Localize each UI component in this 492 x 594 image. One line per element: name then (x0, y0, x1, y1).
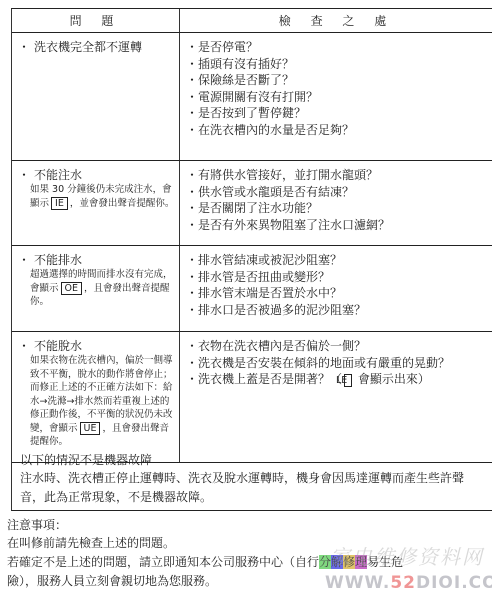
bullet-icon: ・ (186, 39, 198, 56)
notice-title: 注意事項： (7, 516, 492, 534)
bullet-icon: ・ (186, 56, 198, 73)
bullet-icon: ・ (186, 184, 198, 201)
list-item: ・保險絲是否斷了？ (186, 72, 492, 89)
problem-cell: ・不能脫水 如果衣物在洗衣槽內，偏於一側導致不平衡，脫水的動作將會停止；而修正上… (12, 332, 180, 462)
bullet-icon: ・ (186, 122, 198, 139)
header-check: 檢 查 之 處 (180, 9, 492, 32)
error-code-badge: OE (61, 282, 82, 295)
check-cell: ・衣物在洗衣槽內是否偏於一側？ ・洗衣機是否安裝在傾斜的地面或有嚴重的晃動？ ・… (180, 332, 492, 462)
table-row: ・洗衣機完全都不運轉 ・是否停電？ ・插頭有沒有插好？ ・保險絲是否斷了？ ・電… (12, 33, 492, 161)
error-code-badge: UE (80, 422, 101, 435)
list-item: ・在洗衣槽內的水量是否足夠？ (186, 122, 492, 139)
list-item: ・是否停電？ (186, 39, 492, 56)
bullet-icon: ・ (186, 217, 198, 234)
bullet-icon: ・ (186, 105, 198, 122)
error-code-badge: LE (344, 374, 352, 387)
check-cell: ・有將供水管接好，並打開水龍頭？ ・供水管或水龍頭是否有結凍？ ・是否關閉了注水… (180, 161, 492, 245)
check-list: ・排水管結凍或被泥沙阻塞？ ・排水管是否扭曲或變形？ ・排水管末端是否置於水中？… (186, 252, 492, 318)
bullet-icon: ・ (186, 252, 198, 269)
list-item: ・是否按到了暫停鍵？ (186, 105, 492, 122)
table-row: ・不能排水 超過選擇的時間而排水沒有完成，會顯示OE，且會發出聲音提醒你。 ・排… (12, 246, 492, 332)
list-item: ・排水管末端是否置於水中？ (186, 285, 492, 302)
troubleshooting-table: 問 題 檢 查 之 處 ・洗衣機完全都不運轉 ・是否停電？ ・插頭有沒有插好？ … (11, 8, 492, 463)
problem-cell: ・不能注水 如果 30 分鐘後仍未完成注水，會顯示IE，並會發出聲音提醒你。 (12, 161, 180, 245)
list-item: ・洗衣機是否安裝在傾斜的地面或有嚴重的晃動？ (186, 355, 492, 372)
note-body: 注水時、洗衣槽正停止運轉時、洗衣及脫水運轉時，機身會因馬達運轉而產生些許聲音，此… (20, 469, 472, 507)
check-cell: ・排水管結凍或被泥沙阻塞？ ・排水管是否扭曲或變形？ ・排水管末端是否置於水中？… (180, 246, 492, 331)
bullet-icon: ・ (18, 40, 30, 54)
note-title: 以下的情況不是機器故障 (20, 451, 492, 469)
error-code-badge: IE (51, 197, 68, 210)
list-item: ・洗衣機上蓋是否是開著？（LE 會顯示出來） (186, 371, 492, 388)
bullet-icon: ・ (186, 72, 198, 89)
bullet-icon: ・ (18, 168, 30, 182)
check-list: ・有將供水管接好，並打開水龍頭？ ・供水管或水龍頭是否有結凍？ ・是否關閉了注水… (186, 167, 492, 233)
problem-cell: ・洗衣機完全都不運轉 (12, 33, 180, 160)
list-item: ・排水管結凍或被泥沙阻塞？ (186, 252, 492, 269)
notice-line-1: 在叫修前請先檢查上述的問題。 (7, 534, 492, 553)
bullet-icon: ・ (18, 339, 30, 353)
not-a-fault-note: 以下的情況不是機器故障 注水時、洗衣槽正停止運轉時、洗衣及脫水運轉時，機身會因馬… (11, 447, 492, 511)
list-item: ・電源開關有沒有打開？ (186, 89, 492, 106)
problem-title: ・不能排水 (18, 252, 179, 268)
table-row: ・不能脫水 如果衣物在洗衣槽內，偏於一側導致不平衡，脫水的動作將會停止；而修正上… (12, 332, 492, 463)
watermark-highlighted-chars: 分解修理 (319, 555, 367, 569)
table-row: ・不能注水 如果 30 分鐘後仍未完成注水，會顯示IE，並會發出聲音提醒你。 ・… (12, 161, 492, 246)
problem-description: 如果衣物在洗衣槽內，偏於一側導致不平衡，脫水的動作將會停止；而修正上述的不正確方… (30, 354, 175, 449)
notice-section: 注意事項： 在叫修前請先檢查上述的問題。 若確定不是上述的問題，請立即通知本公司… (7, 516, 492, 591)
notice-line-3: 險），服務人員立刻會親切地為您服務。 (7, 572, 492, 591)
list-item: ・有將供水管接好，並打開水龍頭？ (186, 167, 492, 184)
troubleshooting-page: 問 題 檢 查 之 處 ・洗衣機完全都不運轉 ・是否停電？ ・插頭有沒有插好？ … (0, 0, 492, 594)
bullet-icon: ・ (18, 253, 30, 267)
check-list: ・衣物在洗衣槽內是否偏於一側？ ・洗衣機是否安裝在傾斜的地面或有嚴重的晃動？ ・… (186, 338, 492, 388)
bullet-icon: ・ (186, 200, 198, 217)
problem-title: ・不能注水 (18, 167, 179, 183)
bullet-icon: ・ (186, 167, 198, 184)
problem-title: ・不能脫水 (18, 338, 179, 354)
check-list: ・是否停電？ ・插頭有沒有插好？ ・保險絲是否斷了？ ・電源開關有沒有打開？ ・… (186, 39, 492, 138)
list-item: ・插頭有沒有插好？ (186, 56, 492, 73)
problem-title: ・洗衣機完全都不運轉 (18, 39, 179, 55)
check-cell: ・是否停電？ ・插頭有沒有插好？ ・保險絲是否斷了？ ・電源開關有沒有打開？ ・… (180, 33, 492, 160)
bullet-icon: ・ (186, 302, 198, 319)
list-item: ・是否有外來異物阻塞了注水口濾網？ (186, 217, 492, 234)
list-item: ・排水口是否被過多的泥沙阻塞？ (186, 302, 492, 319)
bullet-icon: ・ (186, 338, 198, 355)
problem-cell: ・不能排水 超過選擇的時間而排水沒有完成，會顯示OE，且會發出聲音提醒你。 (12, 246, 180, 331)
table-header: 問 題 檢 查 之 處 (12, 9, 492, 33)
bullet-icon: ・ (186, 371, 198, 388)
problem-description: 如果 30 分鐘後仍未完成注水，會顯示IE，並會發出聲音提醒你。 (30, 183, 175, 210)
problem-description: 超過選擇的時間而排水沒有完成，會顯示OE，且會發出聲音提醒你。 (30, 268, 175, 309)
list-item: ・是否關閉了注水功能？ (186, 200, 492, 217)
bullet-icon: ・ (186, 355, 198, 372)
header-problem: 問 題 (12, 9, 180, 32)
notice-line-2: 若確定不是上述的問題，請立即通知本公司服務中心（自行分解修理易生危 (7, 553, 492, 572)
list-item: ・衣物在洗衣槽內是否偏於一側？ (186, 338, 492, 355)
bullet-icon: ・ (186, 89, 198, 106)
bullet-icon: ・ (186, 269, 198, 286)
list-item: ・排水管是否扭曲或變形？ (186, 269, 492, 286)
bullet-icon: ・ (186, 285, 198, 302)
list-item: ・供水管或水龍頭是否有結凍？ (186, 184, 492, 201)
